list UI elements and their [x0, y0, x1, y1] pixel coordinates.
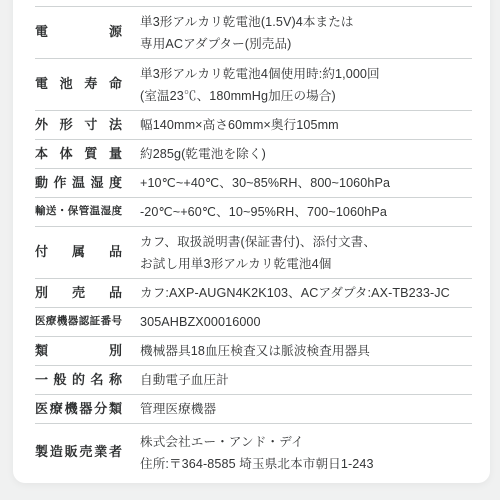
row-manufacturer: 製造販売業者 株式会社エー・アンド・デイ 住所:〒364-8585 埼玉県北本市… [35, 423, 472, 481]
spec-value-accessories: カフ、取扱説明書(保証書付)、添付文書、 お試し用単3形アルカリ乾電池4個 [140, 231, 472, 275]
row-certification-number: 医療機器認証番号 305AHBZX00016000 [35, 307, 472, 336]
spec-value-battery-life: 単3形アルカリ乾電池4個使用時:約1,000回 (室温23℃、180mmHg加圧… [140, 63, 472, 107]
spec-label-device-class: 医療機器分類 [35, 401, 122, 418]
spec-label-dimensions: 外形寸法 [35, 117, 122, 134]
spec-label-certification-number: 医療機器認証番号 [35, 315, 122, 329]
spec-value-device-class: 管理医療機器 [140, 398, 472, 420]
spec-label-power-source: 電源 [35, 24, 122, 41]
row-operating-conditions: 動作温湿度 +10℃~+40℃、30~85%RH、800~1060hPa [35, 168, 472, 197]
row-generic-name: 一般的名称 自動電子血圧計 [35, 365, 472, 394]
spec-value-weight: 約285g(乾電池を除く) [140, 143, 472, 165]
spec-value-dimensions: 幅140mm×高さ60mm×奥行105mm [140, 114, 472, 136]
spec-value-storage-conditions: -20℃~+60℃、10~95%RH、700~1060hPa [140, 201, 472, 223]
spec-value-certification-number: 305AHBZX00016000 [140, 311, 472, 333]
spec-label-weight: 本体質量 [35, 146, 122, 163]
row-battery-life: 電池寿命 単3形アルカリ乾電池4個使用時:約1,000回 (室温23℃、180m… [35, 58, 472, 110]
spec-label-accessories: 付属品 [35, 244, 122, 261]
row-power-source: 電源 単3形アルカリ乾電池(1.5V)4本または 専用ACアダプター(別売品) [35, 6, 472, 58]
spec-label-battery-life: 電池寿命 [35, 76, 122, 93]
row-dimensions: 外形寸法 幅140mm×高さ60mm×奥行105mm [35, 110, 472, 139]
spec-label-manufacturer: 製造販売業者 [35, 444, 122, 461]
spec-value-manufacturer: 株式会社エー・アンド・デイ 住所:〒364-8585 埼玉県北本市朝日1-243 [140, 431, 472, 475]
row-classification: 類別 機械器具18血圧検査又は脈波検査用器具 [35, 336, 472, 365]
row-weight: 本体質量 約285g(乾電池を除く) [35, 139, 472, 168]
spec-label-optional-items: 別売品 [35, 285, 122, 302]
row-device-class: 医療機器分類 管理医療機器 [35, 394, 472, 423]
spec-value-optional-items: カフ:AXP-AUGN4K2K103、ACアダプタ:AX-TB233-JC [140, 282, 472, 304]
spec-label-storage-conditions: 輸送・保管温湿度 [35, 205, 122, 219]
row-storage-conditions: 輸送・保管温湿度 -20℃~+60℃、10~95%RH、700~1060hPa [35, 197, 472, 226]
spec-value-power-source: 単3形アルカリ乾電池(1.5V)4本または 専用ACアダプター(別売品) [140, 11, 472, 55]
spec-value-classification: 機械器具18血圧検査又は脈波検査用器具 [140, 340, 472, 362]
spec-value-generic-name: 自動電子血圧計 [140, 369, 472, 391]
row-optional-items: 別売品 カフ:AXP-AUGN4K2K103、ACアダプタ:AX-TB233-J… [35, 278, 472, 307]
spec-label-operating-conditions: 動作温湿度 [35, 175, 122, 192]
spec-label-classification: 類別 [35, 343, 122, 360]
spec-value-operating-conditions: +10℃~+40℃、30~85%RH、800~1060hPa [140, 172, 472, 194]
spec-label-generic-name: 一般的名称 [35, 372, 122, 389]
row-accessories: 付属品 カフ、取扱説明書(保証書付)、添付文書、 お試し用単3形アルカリ乾電池4… [35, 226, 472, 278]
spec-card: 電源 単3形アルカリ乾電池(1.5V)4本または 専用ACアダプター(別売品) … [13, 0, 490, 483]
